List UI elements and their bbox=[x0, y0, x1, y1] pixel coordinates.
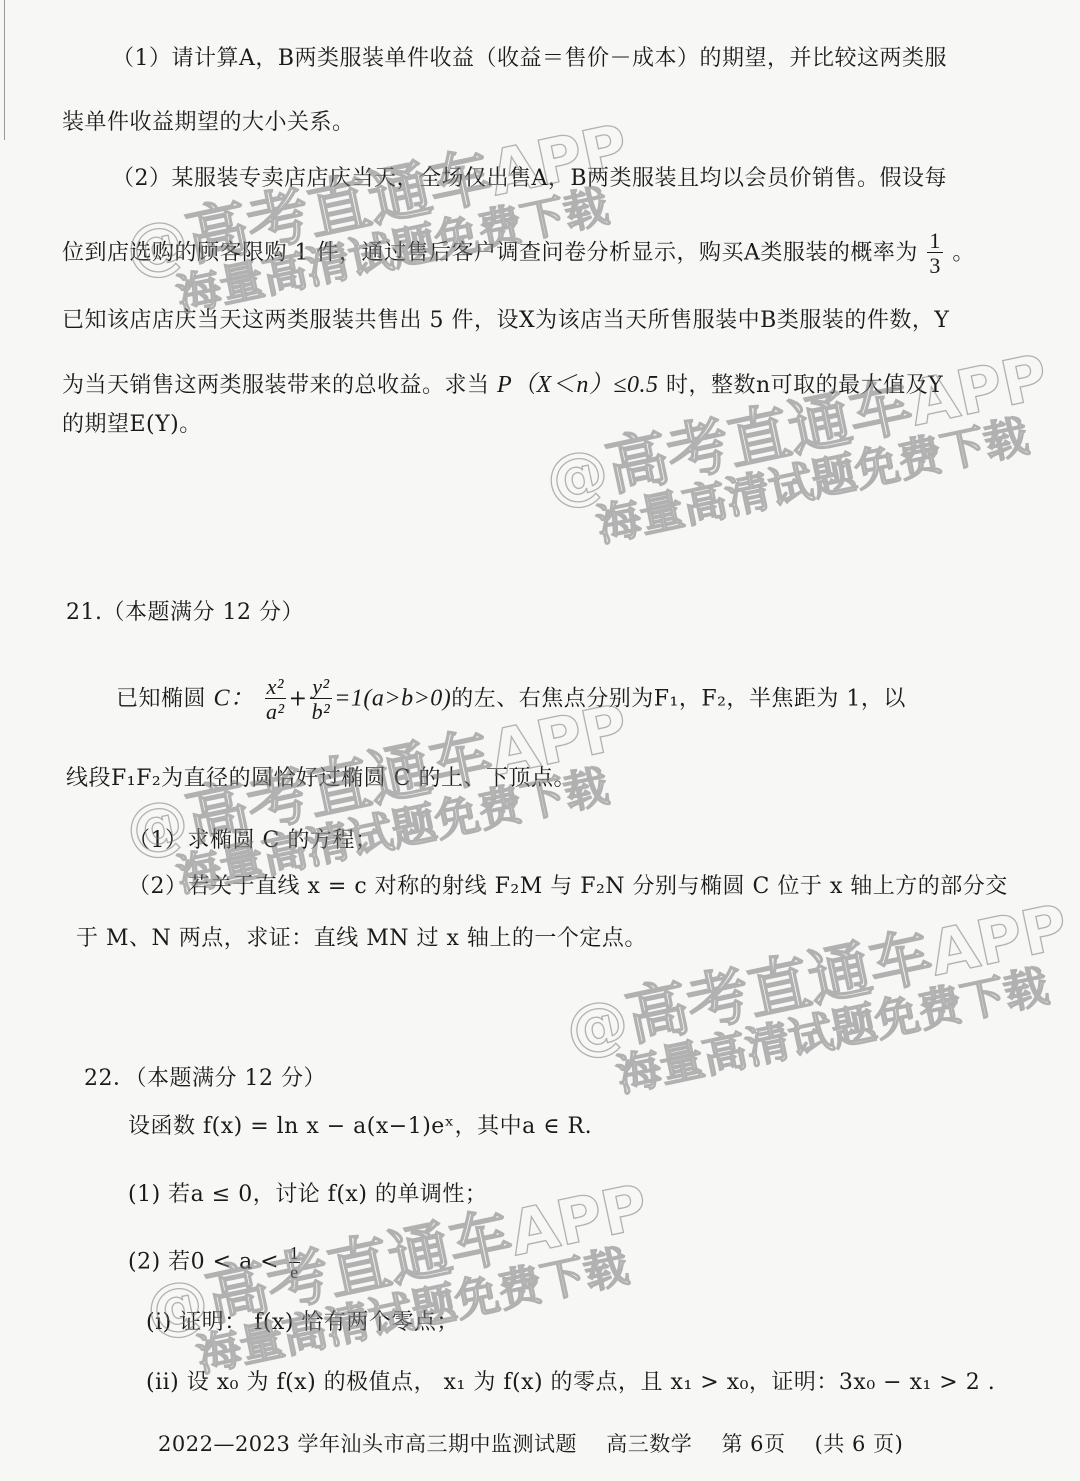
q20-part1-line1: （1）请计算A，B两类服装单件收益（收益＝售价－成本）的期望，并比较这两类服 bbox=[112, 44, 947, 74]
subject: 高三数学 bbox=[606, 1432, 692, 1456]
page-total: (共 6 页) bbox=[815, 1432, 904, 1456]
exam-page: （1）请计算A，B两类服装单件收益（收益＝售价－成本）的期望，并比较这两类服 装… bbox=[0, 0, 1080, 1481]
q20-part2-line4: 为当天销售这两类服装带来的总收益。求当 P（X＜n）≤0.5 时，整数n可取的最… bbox=[62, 370, 943, 401]
scan-edge bbox=[0, 0, 5, 140]
q21-line2: 线段F₁F₂为直径的圆恰好过椭圆 C 的上、下顶点。 bbox=[66, 764, 576, 794]
q22-sub-i: (i) 证明： f(x) 恰有两个零点； bbox=[146, 1308, 459, 1338]
x-squared-over-a-squared: x² a² bbox=[264, 676, 287, 723]
q20-part2-line3: 已知该店店庆当天这两类服装共售出 5 件，设X为该店当天所售服装中B类服装的件数… bbox=[62, 306, 949, 336]
q21-part2-line1: （2）若关于直线 x = c 对称的射线 F₂M 与 F₂N 分别与椭圆 C 位… bbox=[128, 872, 1008, 902]
q22-sub-ii: (ii) 设 x₀ 为 f(x) 的极值点， x₁ 为 f(x) 的零点，且 x… bbox=[146, 1368, 995, 1398]
q21-stem: 已知椭圆 C： x² a² + y² b² =1(a>b>0)的左、右焦点分别为… bbox=[116, 676, 906, 723]
q22-part1: (1) 若a ≤ 0，讨论 f(x) 的单调性； bbox=[128, 1180, 487, 1210]
exam-title: 2022—2023 学年汕头市高三期中监测试题 bbox=[158, 1432, 577, 1456]
q20-part2-line5: 的期望E(Y)。 bbox=[62, 410, 202, 440]
q21-part1: （1）求椭圆 C 的方程； bbox=[128, 826, 377, 856]
q21-header: 21.（本题满分 12 分） bbox=[66, 598, 304, 628]
y-squared-over-b-squared: y² b² bbox=[310, 676, 333, 723]
probability-fraction: 1 3 bbox=[927, 230, 943, 277]
page-number: 第 6页 bbox=[721, 1432, 785, 1456]
one-over-e-fraction: 1 e bbox=[289, 1244, 301, 1281]
q20-part2-line2: 位到店选购的顾客限购 1 件，通过售后客户调查问卷分析显示，购买A类服装的概率为… bbox=[62, 230, 975, 277]
q22-part2: (2) 若0 < a < 1 e bbox=[128, 1244, 302, 1281]
page-footer: 2022—2023 学年汕头市高三期中监测试题 高三数学 第 6页 (共 6 页… bbox=[158, 1428, 925, 1458]
q21-part2-line2: 于 M、N 两点，求证：直线 MN 过 x 轴上的一个定点。 bbox=[76, 924, 647, 954]
q22-header: 22．（本题满分 12 分） bbox=[84, 1064, 326, 1094]
watermark: @高考直通车APP 海量高清试题免费下载 bbox=[120, 114, 643, 329]
q22-stem: 设函数 f(x) = ln x − a(x−1)eˣ，其中a ∈ R. bbox=[128, 1112, 592, 1142]
q20-part2-line1: （2）某服装专卖店店庆当天，全场仅出售A，B两类服装且均以会员价销售。假设每 bbox=[112, 164, 947, 194]
q20-part1-line2: 装单件收益期望的大小关系。 bbox=[62, 108, 355, 138]
